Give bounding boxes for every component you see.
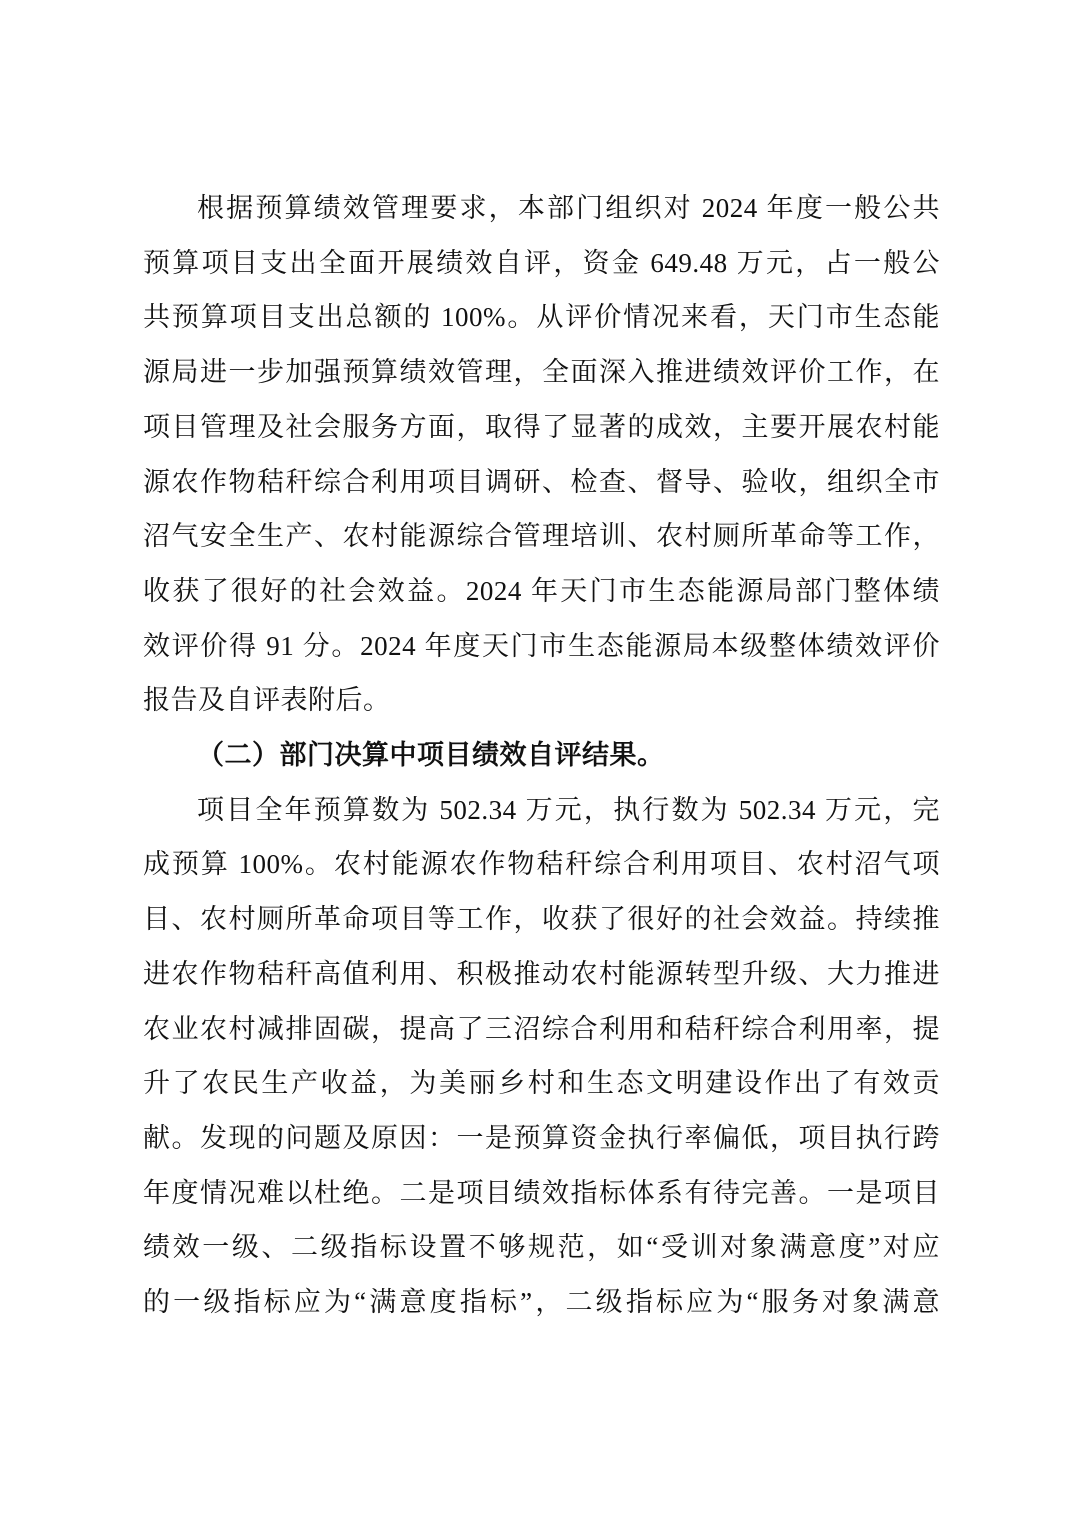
text-line: 沼气安全生产、农村能源综合管理培训、农村厕所革命等工作， [143, 509, 940, 564]
text-line: 收获了很好的社会效益。2024 年天门市生态能源局部门整体绩 [143, 564, 940, 619]
text-line: 年度情况难以杜绝。二是项目绩效指标体系有待完善。一是项目 [143, 1166, 940, 1221]
text-line: 升了农民生产收益，为美丽乡村和生态文明建设作出了有效贡 [143, 1056, 940, 1111]
text-line: 预算项目支出全面开展绩效自评，资金 649.48 万元，占一般公 [143, 236, 940, 291]
text-line: 报告及自评表附后。 [143, 673, 940, 728]
text-line: 成预算 100%。农村能源农作物秸秆综合利用项目、农村沼气项 [143, 837, 940, 892]
text-line: 的一级指标应为“满意度指标”，二级指标应为“服务对象满意 [143, 1275, 940, 1330]
text-line: 献。发现的问题及原因：一是预算资金执行率偏低，项目执行跨 [143, 1111, 940, 1166]
text-line: 效评价得 91 分。2024 年度天门市生态能源局本级整体绩效评价 [143, 619, 940, 674]
text-line: 共预算项目支出总额的 100%。从评价情况来看，天门市生态能 [143, 290, 940, 345]
text-line: 目、农村厕所革命项目等工作，收获了很好的社会效益。持续推 [143, 892, 940, 947]
document-page: 根据预算绩效管理要求，本部门组织对 2024 年度一般公共 预算项目支出全面开展… [0, 0, 1074, 1520]
text-line: 进农作物秸秆高值利用、积极推动农村能源转型升级、大力推进 [143, 947, 940, 1002]
text-line: 源农作物秸秆综合利用项目调研、检查、督导、验收，组织全市 [143, 455, 940, 510]
text-line: 根据预算绩效管理要求，本部门组织对 2024 年度一般公共 [143, 181, 940, 236]
text-line: 项目管理及社会服务方面，取得了显著的成效，主要开展农村能 [143, 400, 940, 455]
section-heading: （二）部门决算中项目绩效自评结果。 [143, 728, 940, 783]
document-text-block: 根据预算绩效管理要求，本部门组织对 2024 年度一般公共 预算项目支出全面开展… [143, 181, 940, 1330]
text-line: 项目全年预算数为 502.34 万元，执行数为 502.34 万元，完 [143, 783, 940, 838]
text-line: 农业农村减排固碳，提高了三沼综合利用和秸秆综合利用率，提 [143, 1002, 940, 1057]
text-line: 源局进一步加强预算绩效管理，全面深入推进绩效评价工作，在 [143, 345, 940, 400]
text-line: 绩效一级、二级指标设置不够规范，如“受训对象满意度”对应 [143, 1220, 940, 1275]
